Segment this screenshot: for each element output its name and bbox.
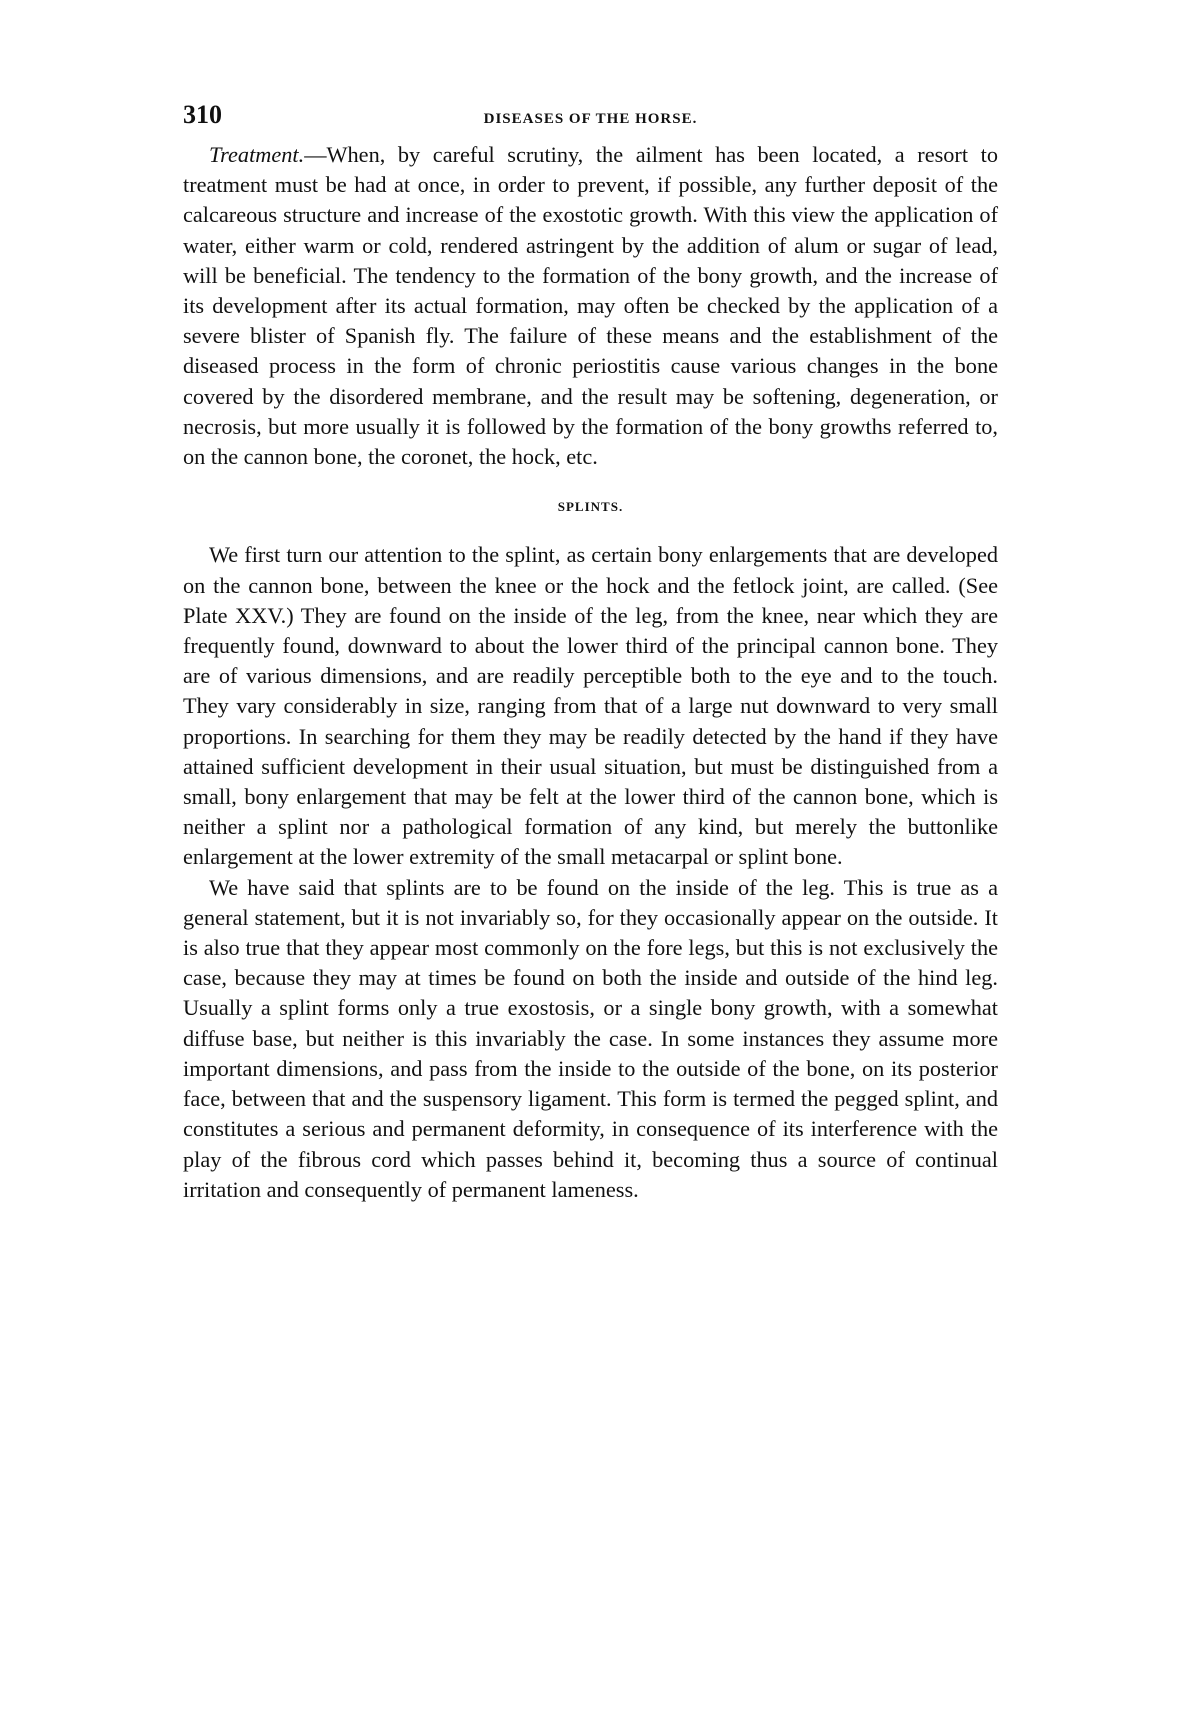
page-header: 310 DISEASES OF THE HORSE. (183, 100, 998, 140)
splints-paragraph-2: We have said that splints are to be foun… (183, 873, 998, 1205)
treatment-paragraph: Treatment.—When, by careful scrutiny, th… (183, 140, 998, 472)
book-page: 310 DISEASES OF THE HORSE. Treatment.—Wh… (183, 100, 998, 1205)
treatment-text: —When, by careful scrutiny, the ailment … (183, 142, 998, 469)
running-head: DISEASES OF THE HORSE. (183, 104, 998, 134)
treatment-label: Treatment. (209, 142, 304, 167)
section-heading-splints: SPLINTS. (183, 492, 998, 522)
splints-paragraph-1: We first turn our attention to the splin… (183, 540, 998, 872)
